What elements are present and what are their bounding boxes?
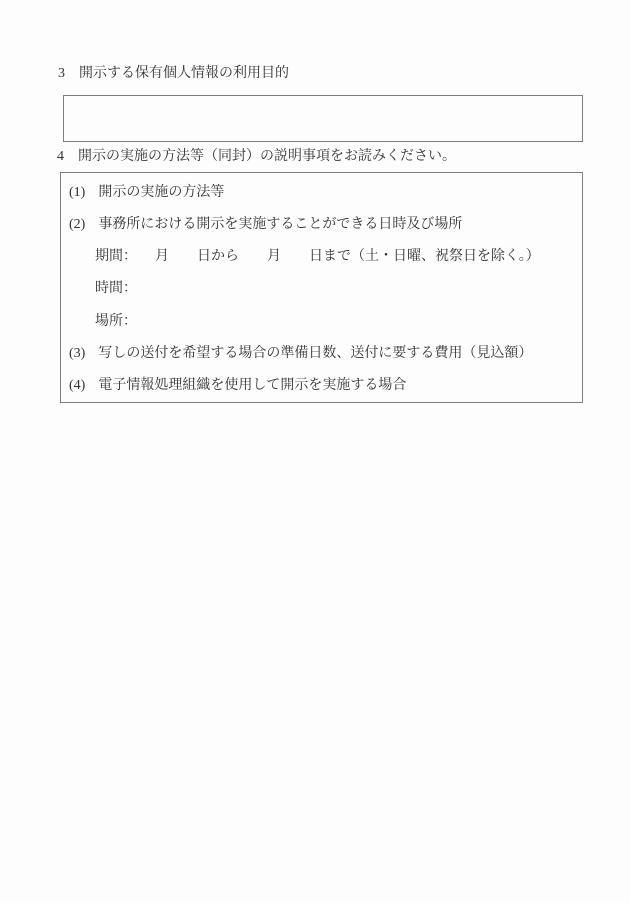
period-value: 月 日から 月 日まで（土・日曜、祝祭日を除く。） [155, 249, 540, 264]
section-3-heading: 3開示する保有個人情報の利用目的 [58, 65, 289, 82]
method-item-1-number: (1) [69, 185, 85, 200]
period-row: 期間：月 日から 月 日まで（土・日曜、祝祭日を除く。） [95, 248, 540, 265]
method-item-4-text: 電子情報処理組織を使用して開示を実施する場合 [98, 378, 406, 393]
place-label: 場所： [95, 314, 137, 329]
section-3-number: 3 [58, 66, 65, 81]
time-label: 時間： [95, 281, 137, 296]
disclosure-methods-box: (1)開示の実施の方法等 (2)事務所における開示を実施することができる日時及び… [60, 172, 583, 403]
method-item-2-text: 事務所における開示を実施することができる日時及び場所 [98, 217, 462, 232]
time-row: 時間： [95, 280, 155, 297]
method-item-2-number: (2) [69, 217, 85, 232]
section-4-title: 開示の実施の方法等（同封）の説明事項をお読みください。 [78, 149, 456, 164]
section-3-title: 開示する保有個人情報の利用目的 [79, 66, 289, 81]
purpose-of-use-box [63, 95, 583, 142]
section-4-number: 4 [57, 149, 64, 164]
method-item-1: (1)開示の実施の方法等 [69, 184, 224, 201]
method-item-4-number: (4) [69, 378, 85, 393]
place-row: 場所： [95, 313, 155, 330]
method-item-2: (2)事務所における開示を実施することができる日時及び場所 [69, 216, 462, 233]
period-label: 期間： [95, 249, 137, 264]
document-page: 3開示する保有個人情報の利用目的 4開示の実施の方法等（同封）の説明事項をお読み… [0, 0, 630, 903]
method-item-1-text: 開示の実施の方法等 [98, 185, 224, 200]
section-4-heading: 4開示の実施の方法等（同封）の説明事項をお読みください。 [57, 148, 456, 165]
method-item-3: (3)写しの送付を希望する場合の準備日数、送付に要する費用（見込額） [69, 345, 532, 362]
method-item-3-number: (3) [69, 346, 85, 361]
method-item-4: (4)電子情報処理組織を使用して開示を実施する場合 [69, 377, 406, 394]
method-item-3-text: 写しの送付を希望する場合の準備日数、送付に要する費用（見込額） [98, 346, 532, 361]
